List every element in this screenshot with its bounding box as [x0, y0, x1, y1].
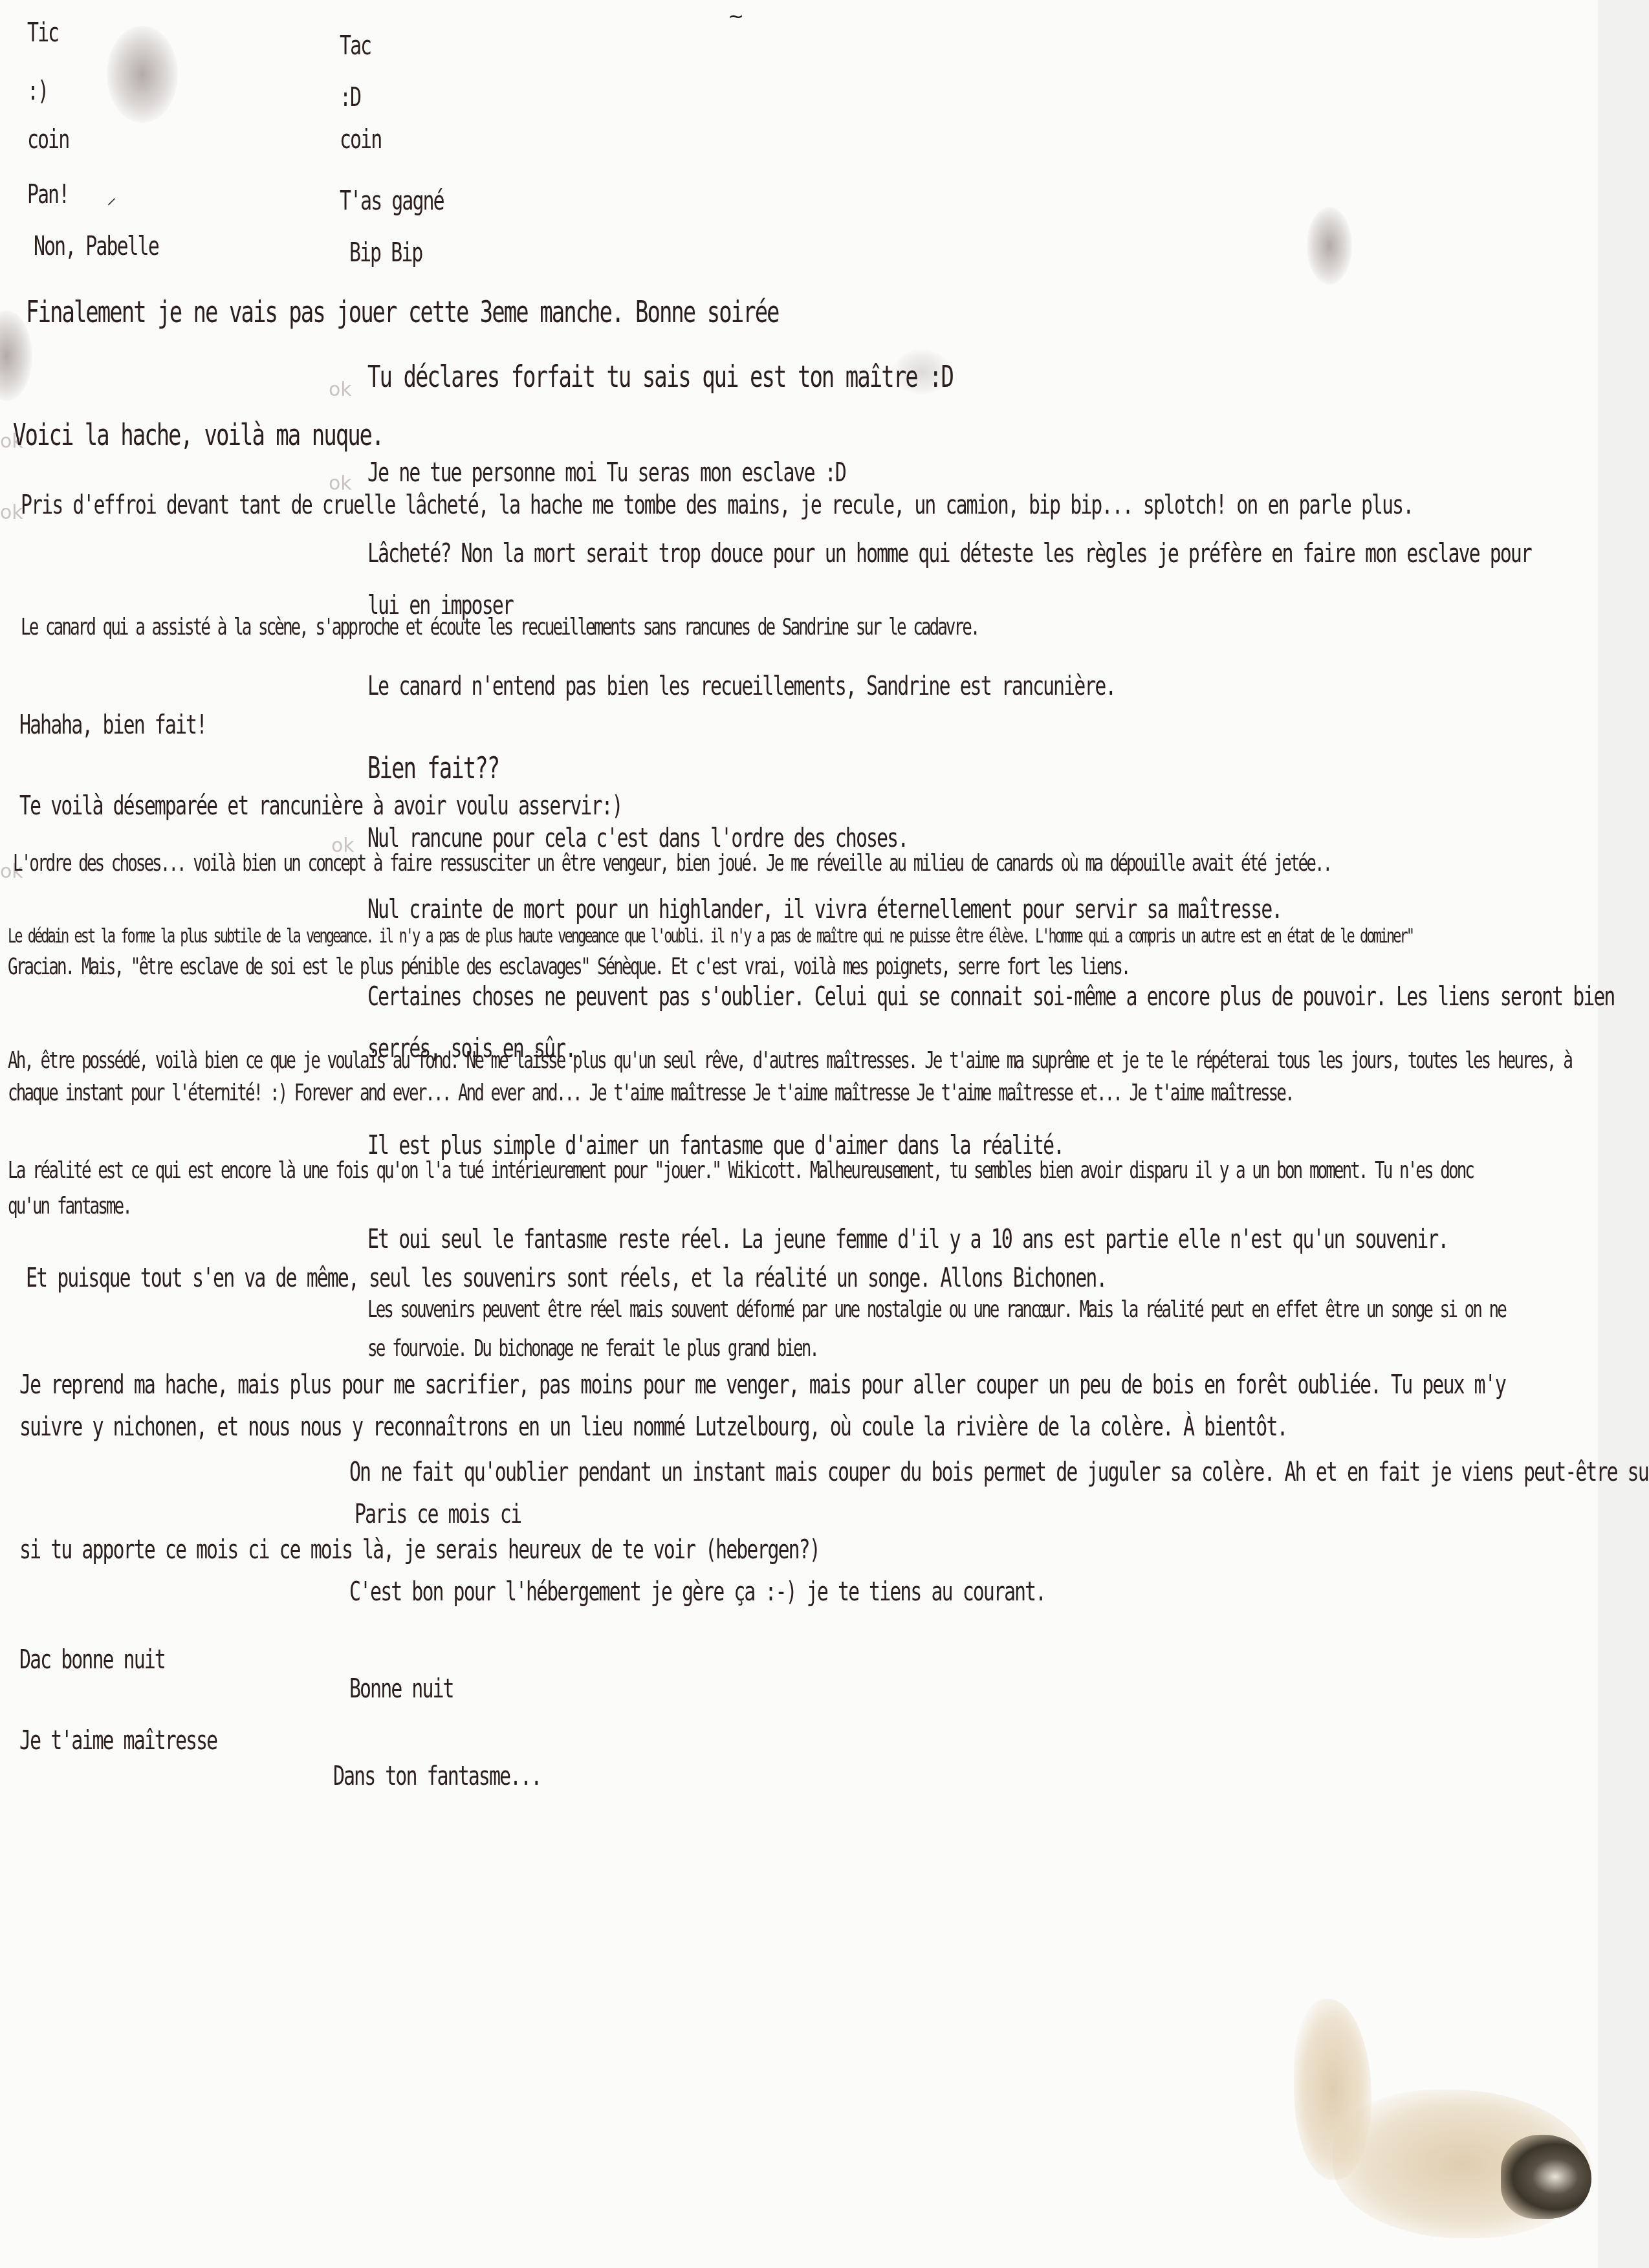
letter-line: Paris ce mois ci [355, 1499, 521, 1530]
scanner-margin [1598, 0, 1649, 2268]
letter-line: se fourvoie. Du bichonage ne ferait le p… [367, 1336, 818, 1362]
header-right-0: Tac [340, 31, 371, 61]
pencil-smudge-top-left [107, 26, 178, 123]
letter-line: Te voilà désemparée et rancunière à avoi… [19, 791, 622, 822]
ok-annotation: ok [329, 378, 352, 401]
letter-line: Je reprend ma hache, mais plus pour me s… [19, 1370, 1505, 1401]
pen-tick-mark: ~ [728, 5, 744, 28]
letter-line: Finalement je ne vais pas jouer cette 3e… [26, 295, 779, 330]
letter-line: Bien fait?? [367, 751, 499, 786]
header-left-2: coin [27, 125, 69, 155]
letter-line: Voici la hache, voilà ma nuque. [13, 418, 384, 453]
letter-line: suivre y nichonen, et nous nous y reconn… [19, 1412, 1287, 1443]
letter-line: Bonne nuit [349, 1674, 453, 1705]
letter-line: Nul crainte de mort pour un highlander, … [367, 895, 1282, 925]
letter-line: Ah, être possédé, voilà bien ce que je v… [8, 1048, 1571, 1074]
letter-line: On ne fait qu'oublier pendant un instant… [349, 1457, 1649, 1488]
pen-tick-mark: ⸝ [107, 183, 116, 210]
header-left-1: :) [27, 76, 48, 107]
header-right-3: T'as gagné [340, 186, 444, 217]
letter-line: Dans ton fantasme... [333, 1761, 541, 1792]
letter-line: Dac bonne nuit [19, 1645, 165, 1675]
pencil-smudge-top-right [1307, 207, 1352, 285]
letter-line: si tu apporte ce mois ci ce mois là, je … [19, 1535, 820, 1565]
burn-mark [1501, 2135, 1591, 2219]
letter-line: Le dédain est la forme la plus subtile d… [8, 926, 1413, 948]
header-right-2: coin [340, 125, 381, 155]
letter-line: Il est plus simple d'aimer un fantasme q… [367, 1131, 1064, 1161]
letter-line: Le canard n'entend pas bien les recueill… [367, 671, 1115, 702]
letter-line: Et oui seul le fantasme reste réel. La j… [367, 1225, 1448, 1255]
letter-line: Le canard qui a assisté à la scène, s'ap… [21, 615, 978, 641]
letter-line: Tu déclares forfait tu sais qui est ton … [367, 360, 953, 395]
header-right-1: :D [340, 83, 360, 113]
letter-line: L'ordre des choses... voilà bien un conc… [13, 851, 1331, 877]
letter-line: qu'un fantasme. [8, 1194, 131, 1220]
header-left-3: Pan! [27, 180, 69, 210]
letter-line: C'est bon pour l'hébergement je gère ça … [349, 1577, 1045, 1608]
letter-line: Et puisque tout s'en va de même, seul le… [26, 1263, 1106, 1294]
letter-line: Je t'aime maîtresse [19, 1726, 217, 1756]
letter-line: chaque instant pour l'éternité! :) Forev… [8, 1080, 1293, 1107]
letter-line: Je ne tue personne moi Tu seras mon escl… [367, 458, 846, 488]
header-left-4: Non, Pabelle [34, 232, 158, 262]
ok-annotation: ok [0, 501, 23, 524]
letter-line: Hahaha, bien fait! [19, 710, 206, 741]
header-left-0: Tic [27, 18, 58, 49]
letter-line: Les souvenirs peuvent être réel mais sou… [367, 1297, 1505, 1324]
letter-line: Gracian. Mais, "être esclave de soi est … [8, 954, 1130, 981]
header-right-4: Bip Bip [349, 238, 422, 268]
letter-line: La réalité est ce qui est encore là une … [8, 1158, 1473, 1184]
letter-line: Pris d'effroi devant tant de cruelle lâc… [21, 490, 1413, 521]
letter-line: Certaines choses ne peuvent pas s'oublie… [367, 982, 1614, 1012]
letter-line: Lâcheté? Non la mort serait trop douce p… [367, 539, 1531, 569]
letter-line: Nul rancune pour cela c'est dans l'ordre… [367, 823, 908, 854]
